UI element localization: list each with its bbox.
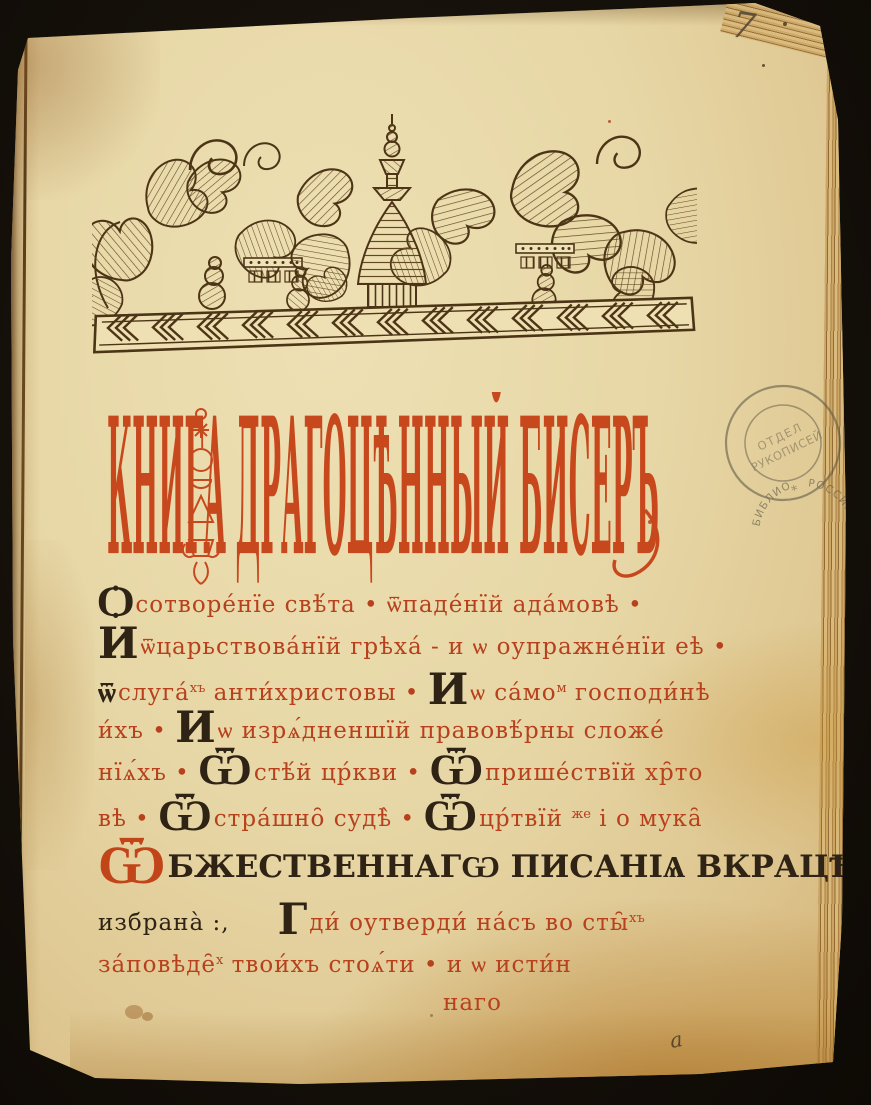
text-span: стѣ́й цр́кви • [254,760,429,786]
text-span: и́хъ • [98,718,175,744]
manuscript-text-line: Ѻсотворе́нїе свѣ́та • ѿпаде́нїй ада́мовѣ… [98,584,718,626]
svg-text:РОССИЙСКАЯ ГОСУДАРСТВЕННАЯ БИБ: РОССИЙСКАЯ ГОСУДАРСТВЕННАЯ БИБЛИОТЕКА [698,358,868,528]
headpiece-woodcut [92,112,697,362]
ink-speck [762,64,765,67]
text-span: цр́твїй [479,806,571,832]
manuscript-text-line: за́повѣде̑х твои́хъ стоѧ́ти • и ѡ исти́н [98,940,718,982]
initial-letter: ѿ [98,675,116,709]
initial-letter: Ѿ [429,745,483,795]
manuscript-text-line: вѣ • Ѿстра́шно̑ судѣ̀ • Ѿцр́твїй же і о … [98,794,718,836]
initial-letter: И [428,665,469,715]
folio-number: 7 [729,4,758,48]
text-span: ди́ оутверди́ на́съ во сты̑ [309,910,629,936]
text-span: ѡ изрѧ́дненшїй правовѣ́рны сложе́ [218,718,665,744]
initial-letter: Ѿ [158,791,212,841]
initial-letter: Ѿ [423,791,477,841]
text-span: прише́ствїй хр̑то [485,760,703,786]
text-span: господи́нѣ [567,680,711,706]
text-span: твои́хъ стоѧ́ти • и ѡ исти́н [223,952,571,978]
manuscript-text-line: наго [98,982,718,1024]
text-span: ѿцарьствова́нїй грѣха́ - и ѡ оупражне́нї… [141,634,728,660]
binding-gutter-line [17,30,27,1050]
initial-letter: Ѿ [198,745,252,795]
manuscript-text-line: нїѧ́хъ • Ѿстѣ́й цр́кви • Ѿприше́ствїй хр… [98,752,718,794]
text-span: стра́шно̑ судѣ̀ • [214,806,424,832]
text-span: анти́христовы • [205,680,427,706]
manuscript-text-line: избрана̀ :, Гди́ оутверди́ на́съ во сты̑… [98,898,718,940]
text-span: вѣ • [98,806,158,832]
manuscript-text-line: ѾБЖЕСТВЕННАГѠ ПИСАНІѦ ВКРАЦѢ [98,836,718,898]
text-span [230,910,278,936]
text-span: БЖЕСТВЕННАГѠ ПИСАНІѦ ВКРАЦѢ [168,849,857,885]
text-span: хъ [190,681,206,696]
photo-scene: 7 [0,0,871,1105]
text-span: за́повѣде̑ [98,952,216,978]
text-span: избрана̀ :, [98,910,230,936]
text-span: м [557,681,567,696]
fore-edge-page-stack [817,24,854,1068]
initial-letter: Г [278,895,308,945]
manuscript-text-line: Иѿцарьствова́нїй грѣха́ - и ѡ оупражне́н… [98,626,718,668]
stamp-star: * [790,483,800,499]
ink-speck [783,22,787,26]
manuscript-text-line: и́хъ • Иѡ изрѧ́дненшїй правовѣ́рны сложе… [98,710,718,752]
manuscript-page: 7 [10,0,852,1094]
library-stamp: РОССИЙСКАЯ ГОСУДАРСТВЕННАЯ БИБЛИОТЕКА * … [698,358,868,528]
vyaz-title-text: КНИГА ДРАГОЦѢННЫЙ БИСЕРЪ [107,392,659,592]
stamp-ring-text: РОССИЙСКАЯ ГОСУДАРСТВЕННАЯ БИБЛИОТЕКА [698,358,868,528]
binding-gutter-shadow [10,25,40,1065]
text-block: Ѻсотворе́нїе свѣ́та • ѿпаде́нїй ада́мовѣ… [98,584,718,1024]
text-span: і о мука̑ [591,806,703,832]
vyaz-title-band: КНИГА ДРАГОЦѢННЫЙ БИСЕРЪ [105,392,665,592]
text-span: хъ [629,911,645,926]
quire-mark: а [668,1027,685,1053]
page-top-shade [10,0,852,26]
initial-letter: Ѿ [98,832,166,896]
text-span: ѡ са́мо [470,680,556,706]
initial-letter: И [98,619,139,669]
headpiece-finial [358,114,426,307]
text-span: же [571,807,591,822]
text-span: нїѧ́хъ • [98,760,198,786]
stain [25,540,95,870]
text-span: наго [443,990,502,1016]
text-span: сотворе́нїе свѣ́та • ѿпаде́нїй ада́мовѣ … [135,592,642,618]
